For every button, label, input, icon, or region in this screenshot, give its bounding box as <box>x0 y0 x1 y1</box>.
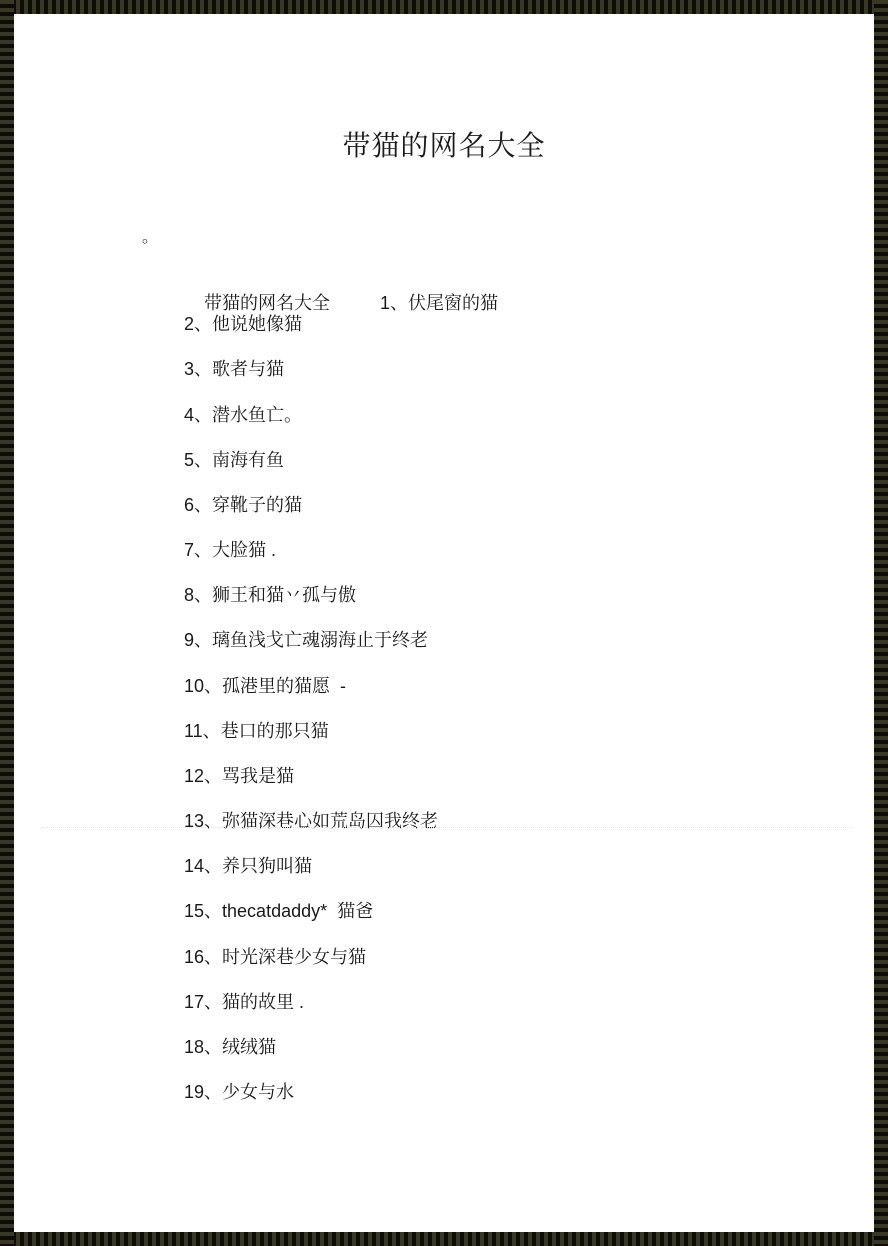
item-text: 猫的故里 . <box>222 992 304 1012</box>
item-text: 潜水鱼亡。 <box>212 405 302 425</box>
page-fold-line <box>42 827 852 828</box>
list-item: 17、猫的故里 . <box>184 990 304 1014</box>
item-number: 1、 <box>380 293 408 313</box>
list-heading: 带猫的网名大全 <box>204 293 330 313</box>
list-item: 5、南海有鱼 <box>184 448 284 472</box>
item-text: 南海有鱼 <box>212 450 284 470</box>
item-number: 3、 <box>184 359 212 379</box>
frame-border-left <box>0 0 14 1246</box>
item-text: 大脸猫 . <box>212 540 276 560</box>
item-number: 13、 <box>184 811 222 831</box>
list-item: 19、少女与水 <box>184 1080 294 1104</box>
list-item: 13、弥猫深巷心如荒岛囚我终老 <box>184 809 438 833</box>
item-text: 绒绒猫 <box>222 1037 276 1057</box>
list-item: 6、穿靴子的猫 <box>184 493 302 517</box>
item-number: 18、 <box>184 1037 222 1057</box>
item-text: 弥猫深巷心如荒岛囚我终老 <box>222 811 438 831</box>
list-item: 9、璃鱼浅戈亡魂溺海止于终老 <box>184 628 428 652</box>
item-number: 2、 <box>184 314 212 334</box>
item-text: 孤港里的猫愿 - <box>222 676 346 696</box>
item-number: 17、 <box>184 992 222 1012</box>
list-item: 4、潜水鱼亡。 <box>184 403 302 427</box>
item-number: 7、 <box>184 540 212 560</box>
list-item: 15、thecatdaddy* 猫爸 <box>184 899 373 923</box>
item-number: 8、 <box>184 585 212 605</box>
item-number: 19、 <box>184 1082 222 1102</box>
item-number: 4、 <box>184 405 212 425</box>
lead-mark: 。 <box>142 224 158 247</box>
item-text: 伏尾窗的猫 <box>408 293 498 313</box>
item-text: 穿靴子的猫 <box>212 495 302 515</box>
item-text: thecatdaddy* 猫爸 <box>222 901 373 921</box>
frame-border-top <box>0 0 888 14</box>
item-text: 狮王和猫丷孤与傲 <box>212 585 356 605</box>
item-number: 14、 <box>184 856 222 876</box>
item-text: 璃鱼浅戈亡魂溺海止于终老 <box>212 630 428 650</box>
item-number: 11、 <box>184 721 221 741</box>
item-number: 10、 <box>184 676 222 696</box>
frame-border-bottom <box>0 1232 888 1246</box>
document-title: 带猫的网名大全 <box>14 124 874 164</box>
frame-border-right <box>874 0 888 1246</box>
item-text: 少女与水 <box>222 1082 294 1102</box>
list-item: 3、歌者与猫 <box>184 357 284 381</box>
item-number: 5、 <box>184 450 212 470</box>
list-item: 10、孤港里的猫愿 - <box>184 674 346 698</box>
item-text: 骂我是猫 <box>222 766 294 786</box>
item-text: 养只狗叫猫 <box>222 856 312 876</box>
list-item: 8、狮王和猫丷孤与傲 <box>184 583 356 607</box>
document-page: 带猫的网名大全 。 带猫的网名大全1、伏尾窗的猫 2、他说她像猫 3、歌者与猫 … <box>14 14 874 1232</box>
list-item: 2、他说她像猫 <box>184 312 302 336</box>
item-text: 他说她像猫 <box>212 314 302 334</box>
item-text: 时光深巷少女与猫 <box>222 947 366 967</box>
list-item: 带猫的网名大全1、伏尾窗的猫 <box>184 267 498 291</box>
list-item: 11、巷口的那只猫 <box>184 719 329 743</box>
item-number: 12、 <box>184 766 222 786</box>
list-item: 14、养只狗叫猫 <box>184 854 312 878</box>
list-item: 12、骂我是猫 <box>184 764 294 788</box>
item-text: 歌者与猫 <box>212 359 284 379</box>
item-text: 巷口的那只猫 <box>221 721 329 741</box>
item-number: 15、 <box>184 901 222 921</box>
item-number: 16、 <box>184 947 222 967</box>
item-number: 9、 <box>184 630 212 650</box>
item-number: 6、 <box>184 495 212 515</box>
list-item: 18、绒绒猫 <box>184 1035 276 1059</box>
list-item: 7、大脸猫 . <box>184 538 276 562</box>
list-item: 16、时光深巷少女与猫 <box>184 945 366 969</box>
